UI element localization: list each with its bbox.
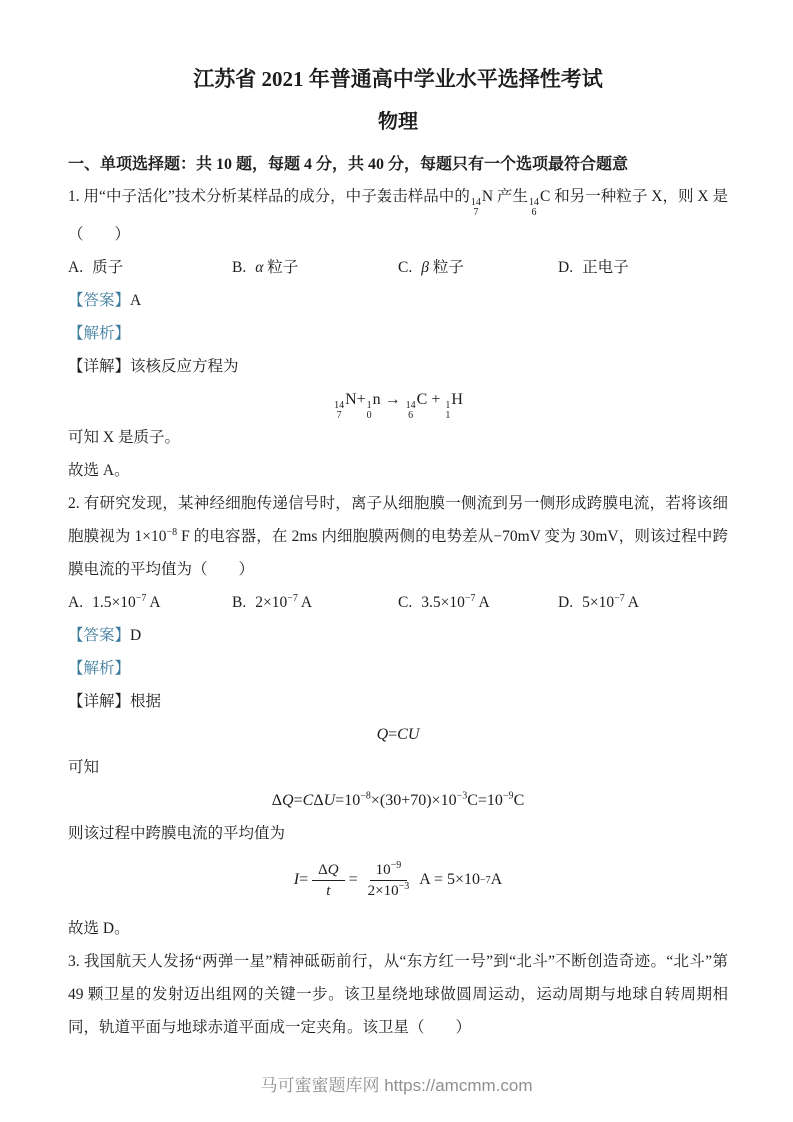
math-superscript: −9 <box>503 791 514 802</box>
nuclide-atomic-number: 0 <box>367 411 372 421</box>
option-d: D.正电子 <box>558 251 728 284</box>
math-text: N+ <box>345 391 366 408</box>
explanation-text-row: 可知 <box>68 751 728 784</box>
math-text: C <box>514 792 525 809</box>
math-text: Δ <box>318 862 328 878</box>
math-superscript: −8 <box>360 791 371 802</box>
option-label: B. <box>232 594 246 611</box>
explanation-text-row: 故选 A。 <box>68 454 728 487</box>
math-text: 2×10 <box>255 594 287 611</box>
option-c: C.β 粒子 <box>398 251 558 284</box>
nuclide-scripts: 146 <box>406 401 416 421</box>
detail-label: 【详解】 <box>68 693 130 710</box>
analysis-row: 【解析】 <box>68 317 728 350</box>
math-text: 该核反应方程为 <box>130 358 239 375</box>
question-3: 3. 我国航天人发扬“两弹一星”精神砥砺前行，从“东方红一号”到“北斗”不断创造… <box>68 945 728 1044</box>
nuclide-scripts: 11 <box>445 401 450 421</box>
option-label: A. <box>68 259 83 276</box>
option-label: C. <box>398 259 412 276</box>
math-text: 2×10 <box>368 883 399 899</box>
math-italic: Q <box>282 792 294 809</box>
option-label: B. <box>232 259 246 276</box>
nuclide-scripts: 147 <box>334 401 344 421</box>
explanation-text-row: 则该过程中跨膜电流的平均值为 <box>68 817 728 850</box>
nuclide-atomic-number: 7 <box>337 411 342 421</box>
answer-value: A <box>130 292 141 309</box>
fraction: 10−92×10−3 <box>362 860 416 902</box>
explanation-content: 故选 D。 <box>68 920 130 937</box>
fraction: ΔQt <box>312 860 345 902</box>
option-label: A. <box>68 594 83 611</box>
question-stem: 3. 我国航天人发扬“两弹一星”精神砥砺前行，从“东方红一号”到“北斗”不断创造… <box>68 945 728 1044</box>
explanation-content: 该核反应方程为 <box>130 358 239 375</box>
math-superscript: −3 <box>399 881 410 892</box>
math-text: n → <box>373 391 405 408</box>
options-row: A.质子B.α 粒子C.β 粒子D.正电子 <box>68 251 728 284</box>
analysis-label: 【解析】 <box>68 325 130 342</box>
math-text: 根据 <box>130 693 161 710</box>
math-text: 粒子 <box>263 259 298 276</box>
math-text: 故选 D。 <box>68 920 130 937</box>
option-content: 质子 <box>92 259 123 276</box>
math-text: C=10 <box>467 792 503 809</box>
explanation-content: 可知 X 是质子。 <box>68 429 180 446</box>
math-superscript: −7 <box>465 593 476 604</box>
math-text: = <box>388 726 397 743</box>
option-label: C. <box>398 594 412 611</box>
question-2: 2. 有研究发现，某神经细胞传递信号时，离子从细胞膜一侧流到另一侧形成跨膜电流，… <box>68 487 728 945</box>
formula-row: ΔQ=CΔU=10−8×(30+70)×10−3C=10−9C <box>68 784 728 817</box>
math-text: 1.5×10 <box>92 594 136 611</box>
option-label: D. <box>558 594 573 611</box>
math-superscript: −9 <box>391 860 402 871</box>
page-title: 江苏省 2021 年普通高中学业水平选择性考试 <box>68 64 728 94</box>
math-text: A <box>146 594 160 611</box>
math-text: 5×10 <box>582 594 614 611</box>
nuclide-atomic-number: 6 <box>531 208 536 218</box>
question-1: 1. 用“中子活化”技术分析某样品的成分，中子轰击样品中的147N 产生146C… <box>68 180 728 487</box>
formula-row: I = ΔQt = 10−92×10−3 A = 5×10−7 A <box>68 850 728 912</box>
math-text: 3.5×10 <box>421 594 465 611</box>
explanation-content: 可知 <box>68 759 99 776</box>
option-content: α 粒子 <box>255 259 298 276</box>
answer-value: D <box>130 627 141 644</box>
detail-label: 【详解】 <box>68 358 130 375</box>
math-superscript: −7 <box>614 593 625 604</box>
math-italic: t <box>326 883 330 899</box>
explanation-text-row: 故选 D。 <box>68 912 728 945</box>
math-italic: β <box>421 259 429 276</box>
question-stem: 1. 用“中子活化”技术分析某样品的成分，中子轰击样品中的147N 产生146C… <box>68 180 728 251</box>
explanation-text-row: 可知 X 是质子。 <box>68 421 728 454</box>
page-content: 江苏省 2021 年普通高中学业水平选择性考试 物理 一、单项选择题：共 10 … <box>68 64 728 1044</box>
answer-row: 【答案】D <box>68 619 728 652</box>
option-content: 2×10−7 A <box>255 594 312 611</box>
math-text: 正电子 <box>582 259 629 276</box>
answer-label: 【答案】 <box>68 627 130 644</box>
math-italic: U <box>324 792 336 809</box>
math-text: A = 5×10 <box>419 870 480 891</box>
footer-watermark: 马可蜜蜜题库网 https://amcmm.com <box>0 1071 793 1096</box>
math-text: 可知 X 是质子。 <box>68 429 180 446</box>
fraction-denominator: t <box>320 881 336 901</box>
nuclide-scripts: 146 <box>529 198 539 218</box>
explanation-content: 故选 A。 <box>68 462 130 479</box>
fraction-numerator: 10−9 <box>370 860 408 881</box>
option-b: B.2×10−7 A <box>232 586 398 619</box>
options-row: A.1.5×10−7 AB.2×10−7 AC.3.5×10−7 AD.5×10… <box>68 586 728 619</box>
fraction-denominator: 2×10−3 <box>362 881 416 901</box>
math-text: =10 <box>335 792 360 809</box>
math-text: 则该过程中跨膜电流的平均值为 <box>68 825 285 842</box>
analysis-label: 【解析】 <box>68 660 130 677</box>
math-superscript: −7 <box>136 593 147 604</box>
math-text: 可知 <box>68 759 99 776</box>
question-stem: 2. 有研究发现，某神经细胞传递信号时，离子从细胞膜一侧流到另一侧形成跨膜电流，… <box>68 487 728 586</box>
page-subject: 物理 <box>68 108 728 136</box>
nuclide-atomic-number: 1 <box>445 411 450 421</box>
math-text: 10 <box>376 862 391 878</box>
math-italic: C <box>303 792 314 809</box>
math-italic: Q <box>377 726 389 743</box>
math-superscript: −8 <box>167 527 178 538</box>
math-text: N 产生 <box>482 188 528 205</box>
analysis-row: 【解析】 <box>68 652 728 685</box>
option-label: D. <box>558 259 573 276</box>
formula-row: Q=CU <box>68 718 728 751</box>
math-italic: CU <box>397 726 419 743</box>
option-c: C.3.5×10−7 A <box>398 586 558 619</box>
option-content: 5×10−7 A <box>582 594 639 611</box>
nuclide-scripts: 10 <box>367 401 372 421</box>
math-text: A <box>475 594 489 611</box>
exam-document-page: 江苏省 2021 年普通高中学业水平选择性考试 物理 一、单项选择题：共 10 … <box>0 0 793 1122</box>
detail-row: 【详解】该核反应方程为 <box>68 350 728 383</box>
math-text: = <box>299 870 308 891</box>
math-text: 3. 我国航天人发扬“两弹一星”精神砥砺前行，从“东方红一号”到“北斗”不断创造… <box>68 953 728 1036</box>
explanation-content: 根据 <box>130 693 161 710</box>
explanation-content: 则该过程中跨膜电流的平均值为 <box>68 825 285 842</box>
option-a: A.1.5×10−7 A <box>68 586 232 619</box>
option-content: 1.5×10−7 A <box>92 594 160 611</box>
detail-row: 【详解】根据 <box>68 685 728 718</box>
math-text: A <box>298 594 312 611</box>
math-text: 质子 <box>92 259 123 276</box>
option-a: A.质子 <box>68 251 232 284</box>
math-text: C + <box>417 391 445 408</box>
nuclide-atomic-number: 6 <box>408 411 413 421</box>
math-text: ×(30+70)×10 <box>371 792 457 809</box>
option-b: B.α 粒子 <box>232 251 398 284</box>
math-text: 故选 A。 <box>68 462 130 479</box>
math-text: Δ <box>313 792 323 809</box>
questions-container: 1. 用“中子活化”技术分析某样品的成分，中子轰击样品中的147N 产生146C… <box>68 180 728 1044</box>
fraction-numerator: ΔQ <box>312 860 345 881</box>
option-d: D.5×10−7 A <box>558 586 728 619</box>
nuclide-atomic-number: 7 <box>473 208 478 218</box>
section-heading: 一、单项选择题：共 10 题，每题 4 分，共 40 分，每题只有一个选项最符合… <box>68 150 728 180</box>
answer-label: 【答案】 <box>68 292 130 309</box>
math-superscript: −7 <box>287 593 298 604</box>
formula-row: 147N+10n → 146C + 11H <box>68 383 728 421</box>
math-text: 1. 用“中子活化”技术分析某样品的成分，中子轰击样品中的 <box>68 188 470 205</box>
math-superscript: −3 <box>457 791 468 802</box>
math-text: = <box>349 870 358 891</box>
math-text: A <box>491 870 503 891</box>
option-content: 3.5×10−7 A <box>421 594 489 611</box>
math-italic: Q <box>328 862 339 878</box>
answer-row: 【答案】A <box>68 284 728 317</box>
math-text: A <box>625 594 639 611</box>
math-text: Δ <box>272 792 282 809</box>
nuclide-scripts: 147 <box>471 198 481 218</box>
math-text: H <box>451 391 463 408</box>
option-content: 正电子 <box>582 259 629 276</box>
math-text: = <box>294 792 303 809</box>
math-text: 粒子 <box>429 259 464 276</box>
option-content: β 粒子 <box>421 259 464 276</box>
